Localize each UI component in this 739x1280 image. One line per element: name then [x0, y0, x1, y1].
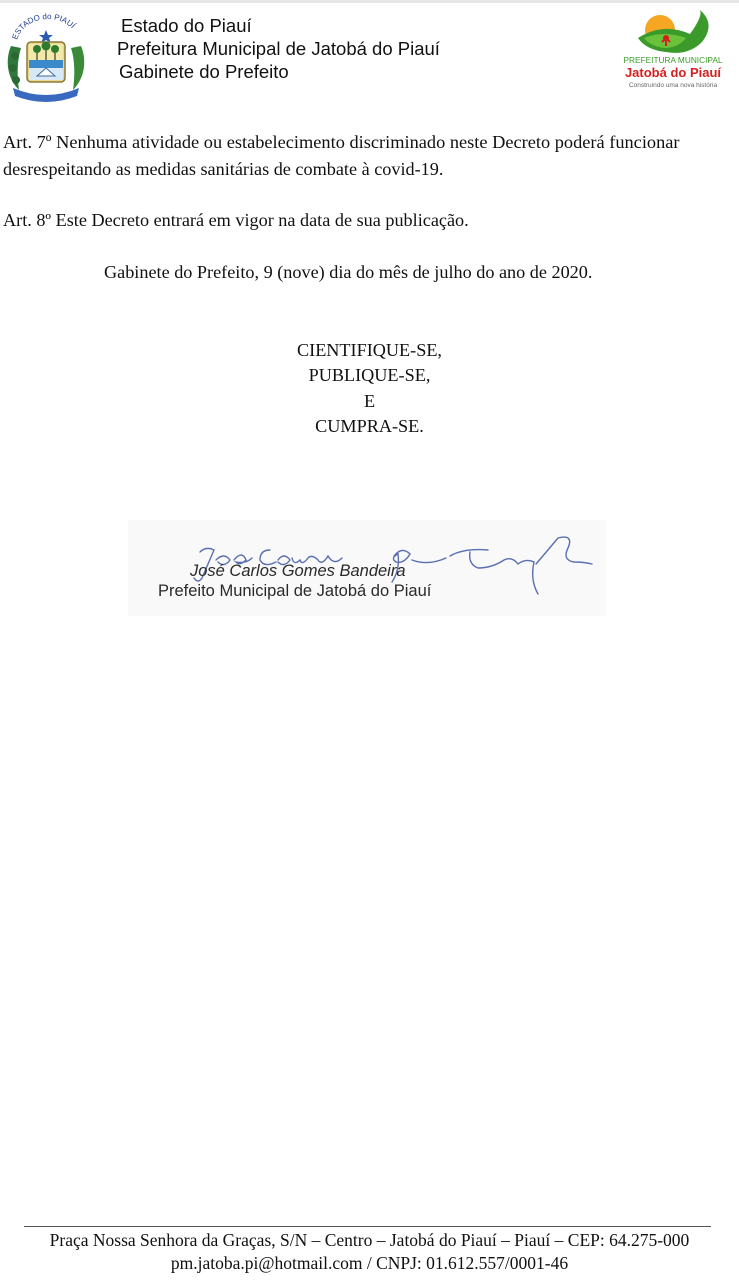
- state-coat-of-arms-icon: ESTADO do PIAUÍ: [3, 10, 89, 102]
- closing-line-3: E: [0, 391, 739, 412]
- article-8: Art. 8º Este Decreto entrará em vigor na…: [3, 207, 469, 233]
- article-7-line-1: Art. 7º Nenhuma atividade ou estabelecim…: [3, 129, 680, 155]
- footer-address: Praça Nossa Senhora da Graças, S/N – Cen…: [0, 1230, 739, 1251]
- footer-divider: [24, 1226, 711, 1227]
- date-line: Gabinete do Prefeito, 9 (nove) dia do mê…: [104, 259, 592, 285]
- letterhead-state: Estado do Piauí: [121, 15, 252, 37]
- article-7-line-2: desrespeitando as medidas sanitárias de …: [3, 156, 443, 182]
- logo-tagline: Construindo uma nova história: [618, 82, 728, 89]
- closing-line-4: CUMPRA-SE.: [0, 416, 739, 437]
- letterhead-municipality: Prefeitura Municipal de Jatobá do Piauí: [117, 38, 440, 60]
- letterhead-office: Gabinete do Prefeito: [119, 61, 289, 83]
- signatory-role: Prefeito Municipal de Jatobá do Piauí: [158, 582, 431, 601]
- page-top-edge: [0, 0, 739, 3]
- closing-line-1: CIENTIFIQUE-SE,: [0, 340, 739, 361]
- logo-emblem-icon: [618, 8, 728, 58]
- municipal-logo-icon: PREFEITURA MUNICIPAL Jatobá do Piauí Con…: [618, 8, 728, 96]
- footer-contact: pm.jatoba.pi@hotmail.com / CNPJ: 01.612.…: [0, 1253, 739, 1274]
- logo-line2: Jatobá do Piauí: [618, 65, 728, 80]
- signatory-name: José Carlos Gomes Bandeira: [190, 562, 406, 581]
- signature-block: José Carlos Gomes Bandeira Prefeito Muni…: [128, 520, 606, 616]
- logo-line1: PREFEITURA MUNICIPAL: [618, 55, 728, 65]
- closing-line-2: PUBLIQUE-SE,: [0, 365, 739, 386]
